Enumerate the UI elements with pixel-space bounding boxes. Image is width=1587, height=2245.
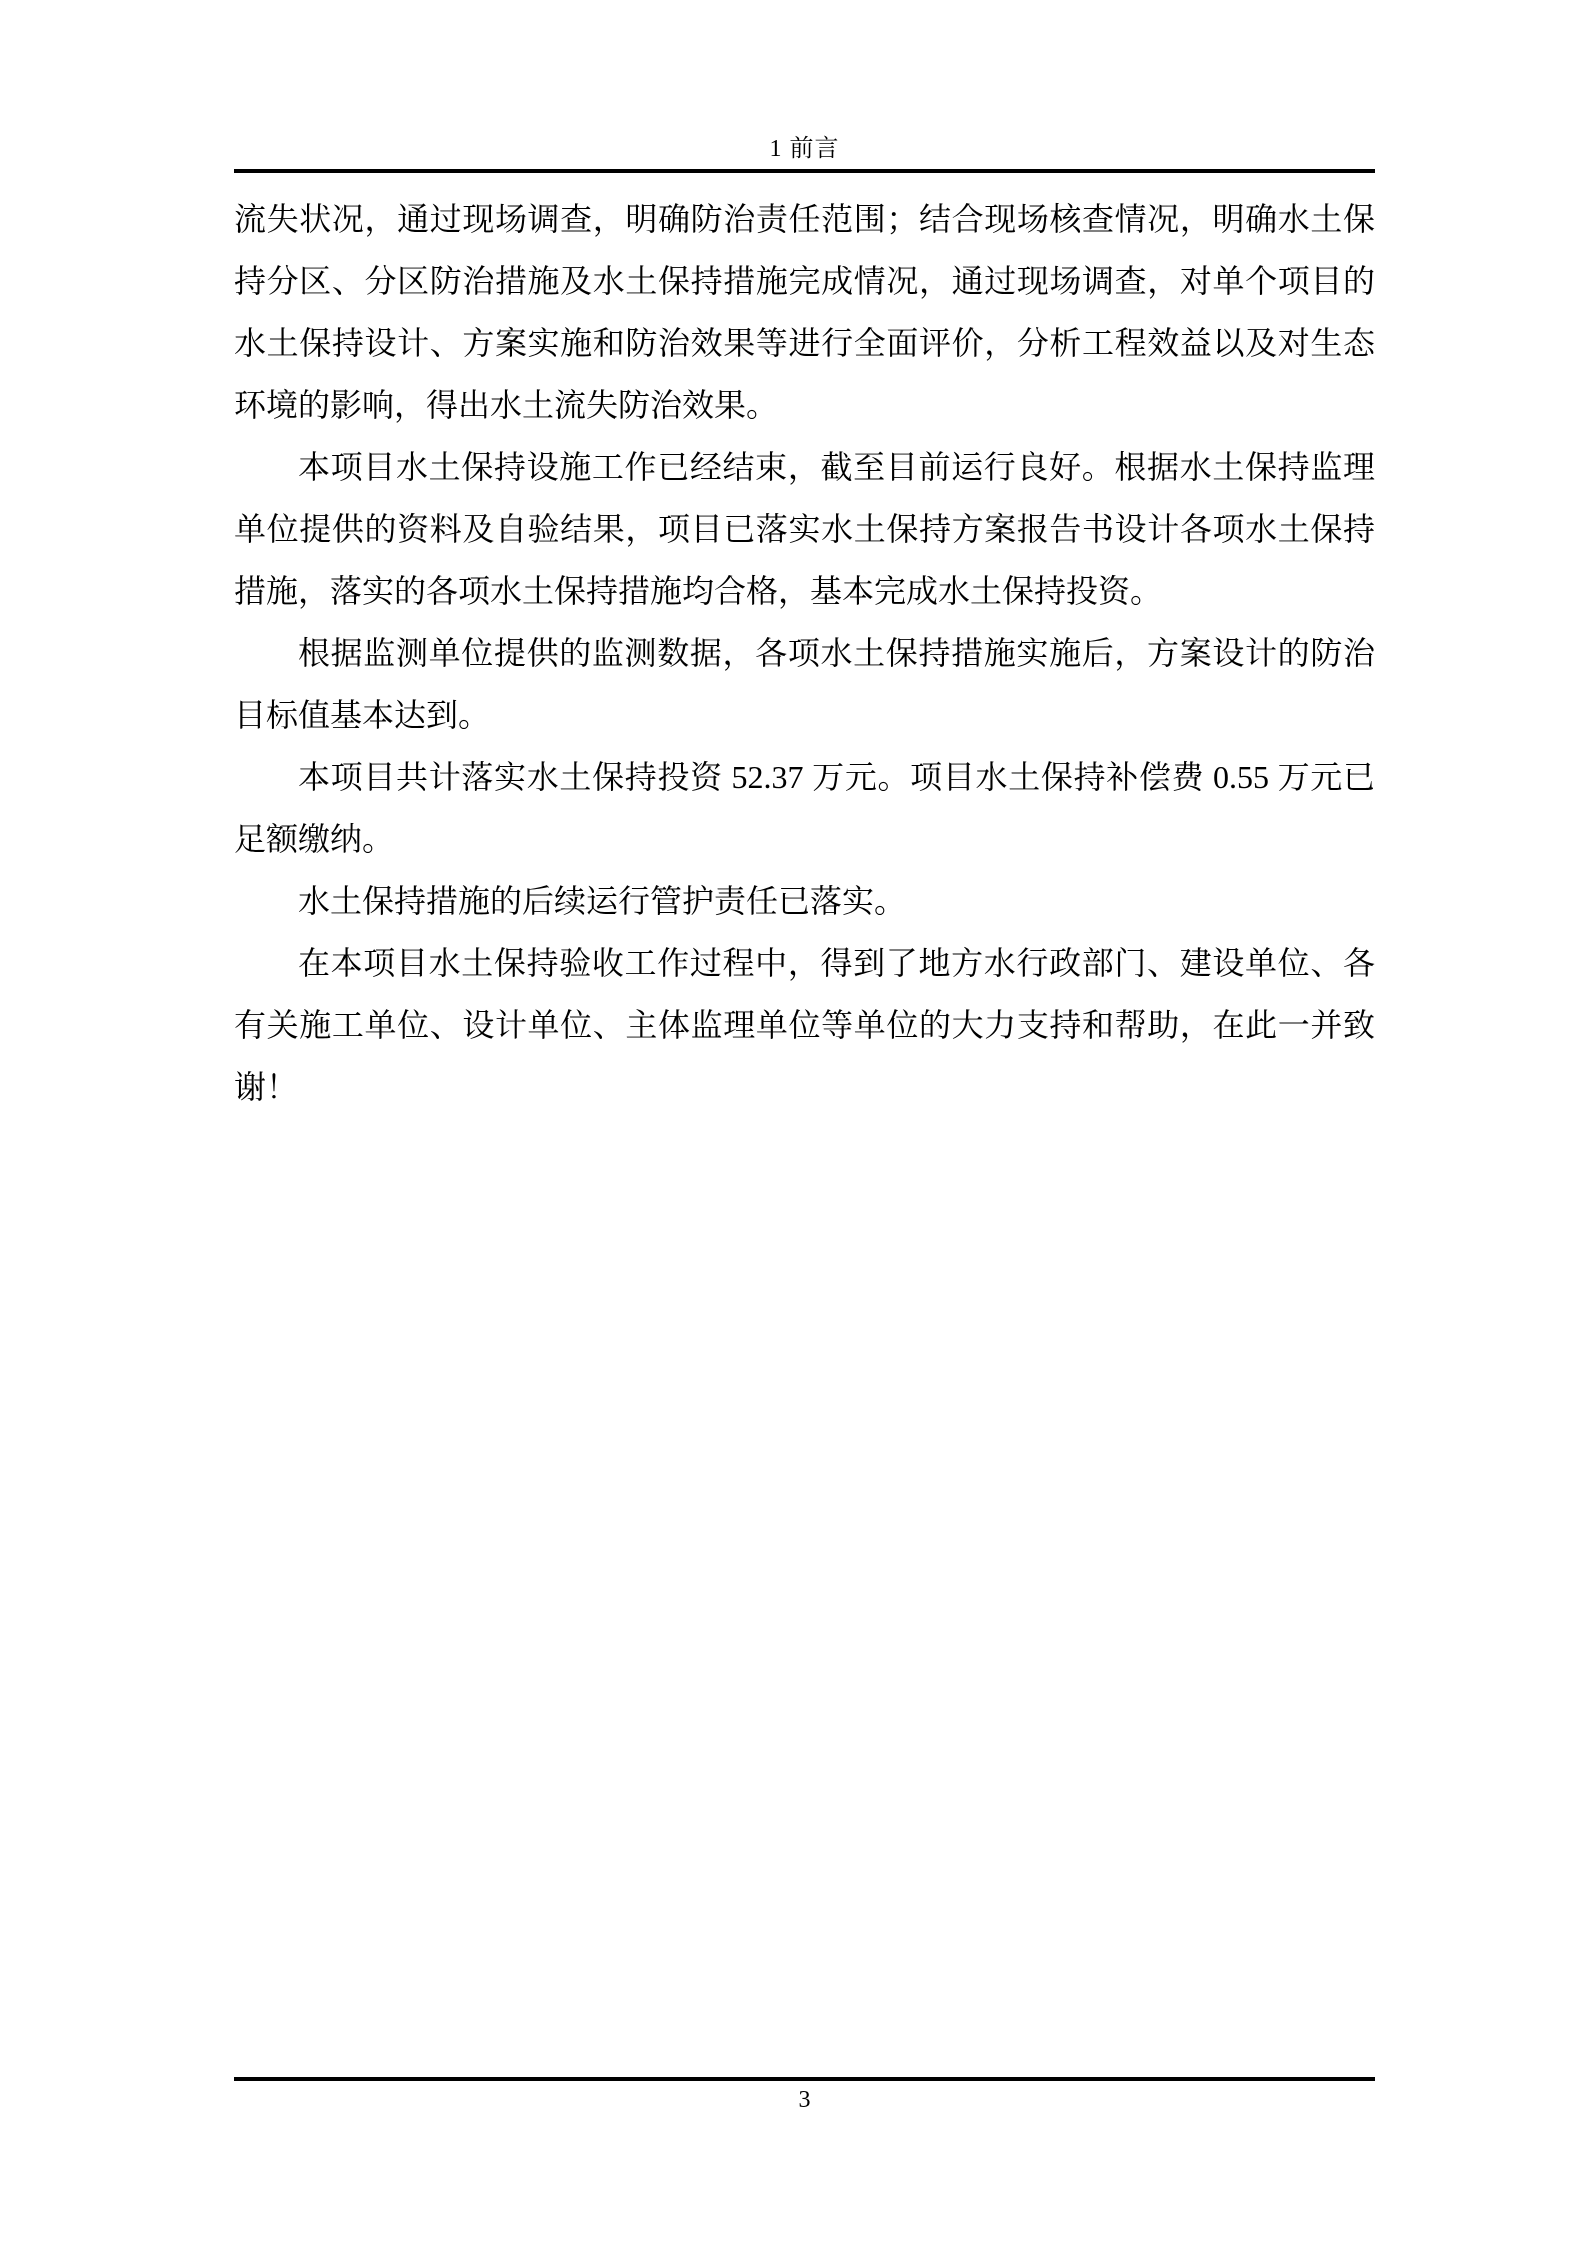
body-paragraph: 根据监测单位提供的监测数据，各项水土保持措施实施后，方案设计的防治目标值基本达到… bbox=[234, 622, 1375, 746]
document-body: 流失状况，通过现场调查，明确防治责任范围；结合现场核查情况，明确水土保持分区、分… bbox=[234, 188, 1375, 1118]
body-paragraph: 本项目水土保持设施工作已经结束，截至目前运行良好。根据水土保持监理单位提供的资料… bbox=[234, 436, 1375, 622]
body-paragraph: 流失状况，通过现场调查，明确防治责任范围；结合现场核查情况，明确水土保持分区、分… bbox=[234, 188, 1375, 436]
document-page: 1 前言 流失状况，通过现场调查，明确防治责任范围；结合现场核查情况，明确水土保… bbox=[0, 0, 1587, 2245]
page-number: 3 bbox=[234, 2083, 1375, 2117]
page-header-title: 1 前言 bbox=[234, 130, 1375, 168]
header-rule bbox=[234, 169, 1375, 173]
body-paragraph: 水土保持措施的后续运行管护责任已落实。 bbox=[234, 870, 1375, 932]
body-paragraph: 在本项目水土保持验收工作过程中，得到了地方水行政部门、建设单位、各有关施工单位、… bbox=[234, 932, 1375, 1118]
body-paragraph: 本项目共计落实水土保持投资 52.37 万元。项目水土保持补偿费 0.55 万元… bbox=[234, 746, 1375, 870]
footer-rule bbox=[234, 2077, 1375, 2081]
